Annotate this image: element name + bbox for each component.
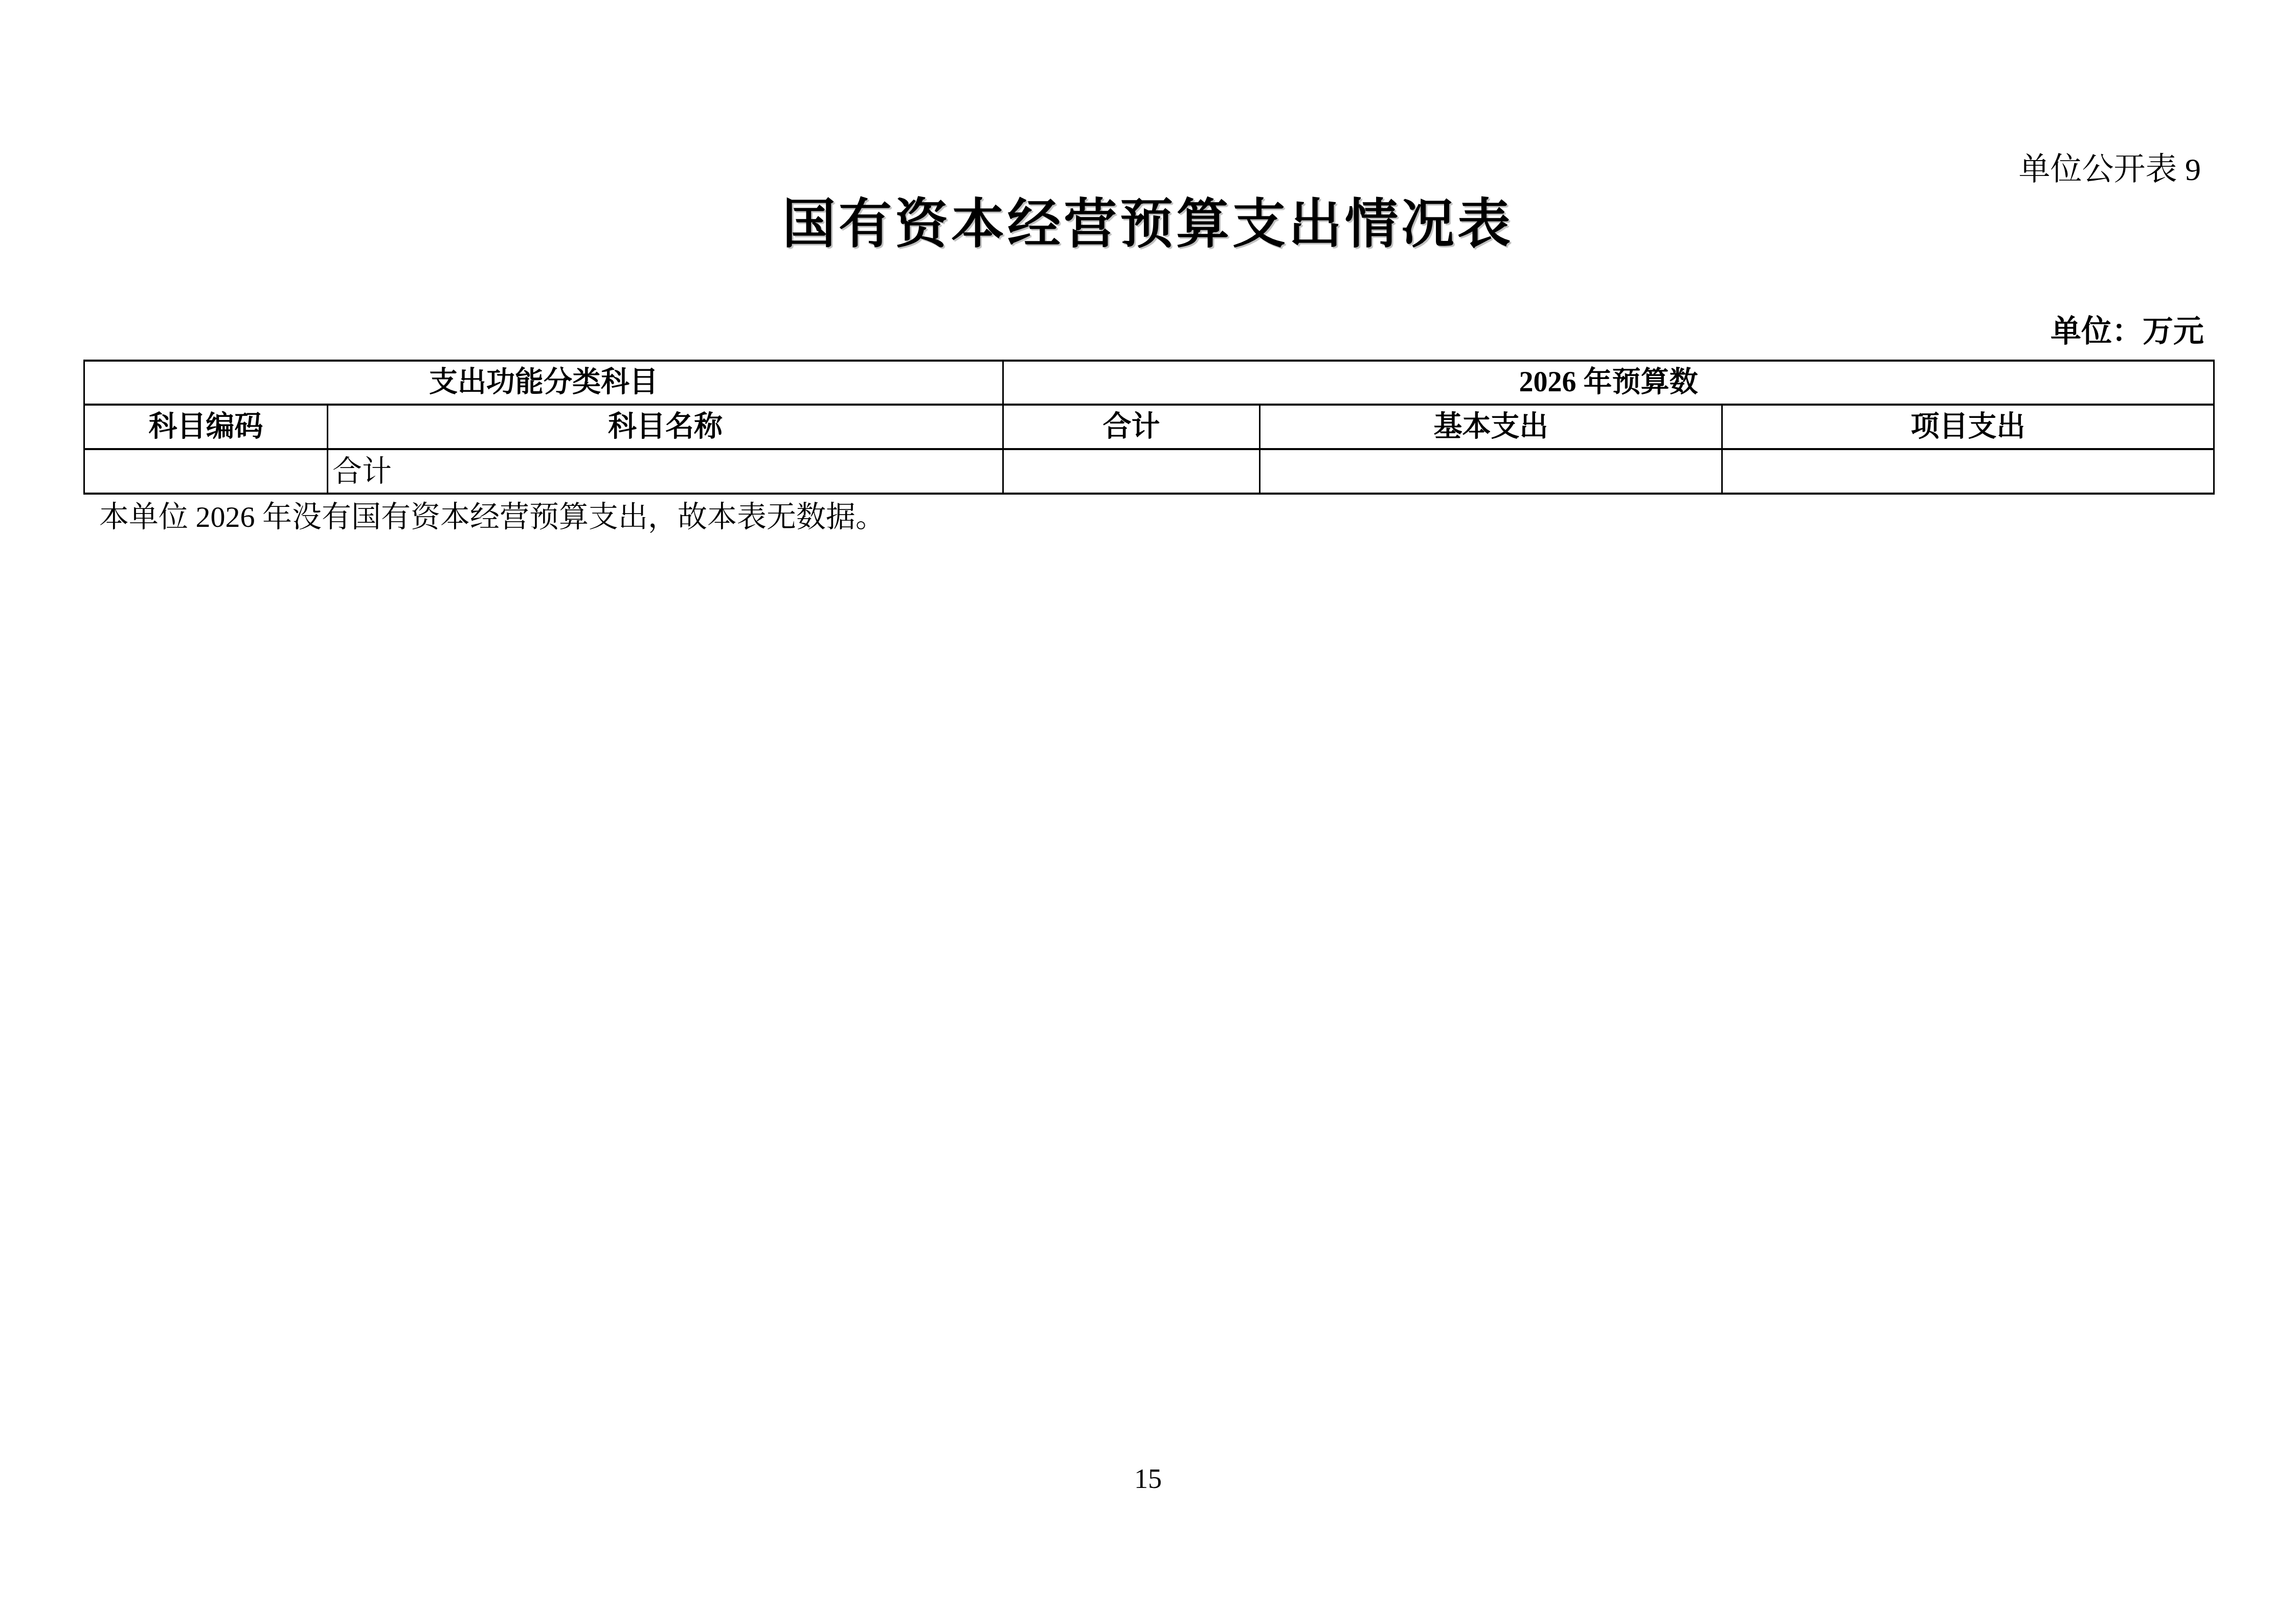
col-header-subject-name: 科目名称 — [328, 405, 1003, 449]
table-column-header-row: 科目编码 科目名称 合计 基本支出 项目支出 — [84, 405, 2214, 449]
table-group-header-row: 支出功能分类科目 2026 年预算数 — [84, 361, 2214, 405]
page-number: 15 — [0, 1463, 2296, 1495]
col-header-subject-code: 科目编码 — [84, 405, 328, 449]
no-data-note: 本单位 2026 年没有国有资本经营预算支出，故本表无数据。 — [99, 500, 885, 535]
cell-project-expenditure — [1722, 449, 2214, 494]
budget-expenditure-table: 支出功能分类科目 2026 年预算数 科目编码 科目名称 合计 基本支出 项目支… — [83, 360, 2215, 495]
col-header-project-expenditure: 项目支出 — [1722, 405, 2214, 449]
group-header-budget-year: 2026 年预算数 — [1003, 361, 2214, 405]
group-header-function-classification: 支出功能分类科目 — [84, 361, 1003, 405]
page-title: 国有资本经营预算支出情况表 — [0, 194, 2296, 256]
unit-of-measure-label: 单位：万元 — [2051, 315, 2204, 348]
table-row: 合计 — [84, 449, 2214, 494]
cell-basic-expenditure — [1260, 449, 1722, 494]
cell-subject-code — [84, 449, 328, 494]
col-header-basic-expenditure: 基本支出 — [1260, 405, 1722, 449]
cell-subject-name: 合计 — [328, 449, 1003, 494]
corner-table-label: 单位公开表 9 — [2018, 152, 2201, 187]
col-header-total: 合计 — [1003, 405, 1260, 449]
cell-total — [1003, 449, 1260, 494]
